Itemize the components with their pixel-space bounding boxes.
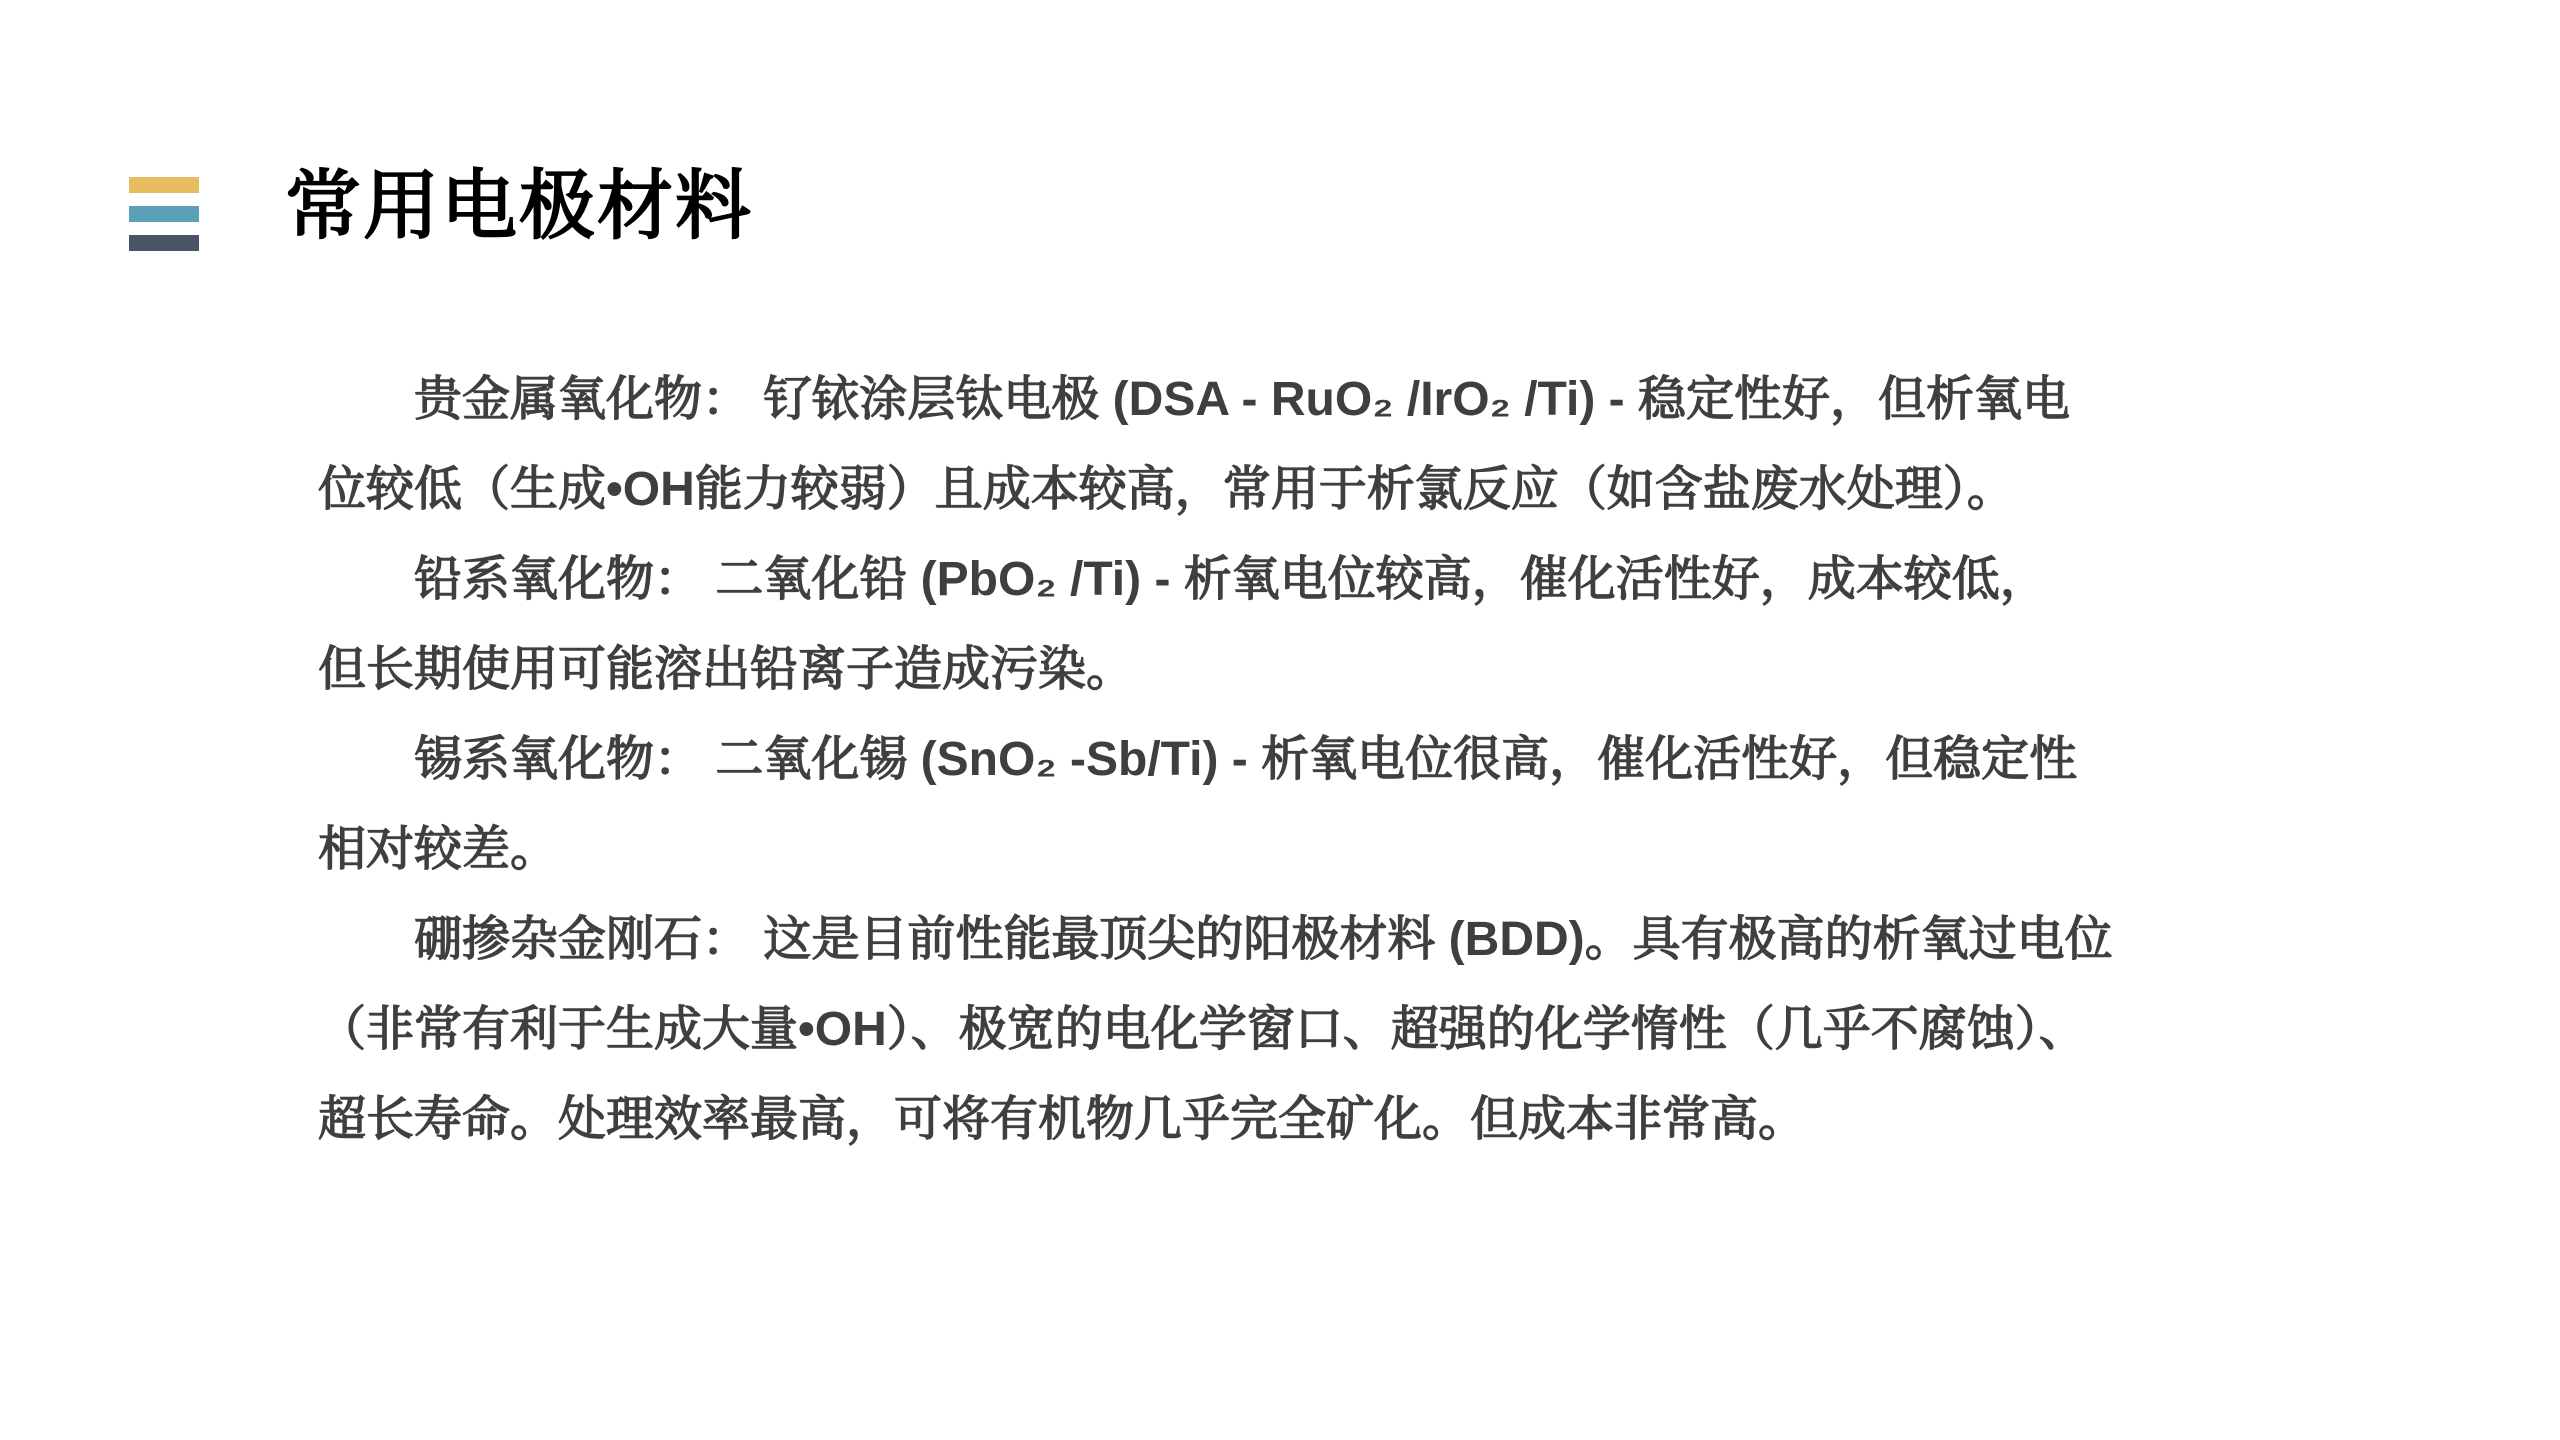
body-line-tin-oxide-1: 锡系氧化物： 二氧化锡 (SnO₂ -Sb/Ti) - 析氧电位很高，催化活性好… (318, 715, 2178, 805)
body-line-lead-oxide-2: 但长期使用可能溶出铅离子造成污染。 (318, 625, 2178, 715)
accent-bar-bottom (129, 235, 199, 251)
body-line-bdd-3: 超长寿命。处理效率最高，可将有机物几乎完全矿化。但成本非常高。 (318, 1075, 2178, 1165)
body-line-bdd-1: 硼掺杂金刚石： 这是目前性能最顶尖的阳极材料 (BDD)。具有极高的析氧过电位 (318, 895, 2178, 985)
body-line-noble-oxide-1: 贵金属氧化物： 钌铱涂层钛电极 (DSA - RuO₂ /IrO₂ /Ti) -… (318, 355, 2178, 445)
body-line-noble-oxide-2: 位较低（生成•OH能力较弱）且成本较高，常用于析氯反应（如含盐废水处理）。 (318, 445, 2178, 535)
accent-bar-middle (129, 206, 199, 222)
body-text-block: 贵金属氧化物： 钌铱涂层钛电极 (DSA - RuO₂ /IrO₂ /Ti) -… (318, 355, 2178, 1165)
body-line-lead-oxide-1: 铅系氧化物： 二氧化铅 (PbO₂ /Ti) - 析氧电位较高，催化活性好，成本… (318, 535, 2178, 625)
page-title: 常用电极材料 (285, 164, 753, 250)
accent-bar-top (129, 177, 199, 193)
title-accent-bars-icon (129, 177, 199, 251)
body-line-tin-oxide-2: 相对较差。 (318, 805, 2178, 895)
body-line-bdd-2: （非常有利于生成大量•OH）、极宽的电化学窗口、超强的化学惰性（几乎不腐蚀）、 (318, 985, 2178, 1075)
slide: 常用电极材料 贵金属氧化物： 钌铱涂层钛电极 (DSA - RuO₂ /IrO₂… (0, 0, 2560, 1440)
